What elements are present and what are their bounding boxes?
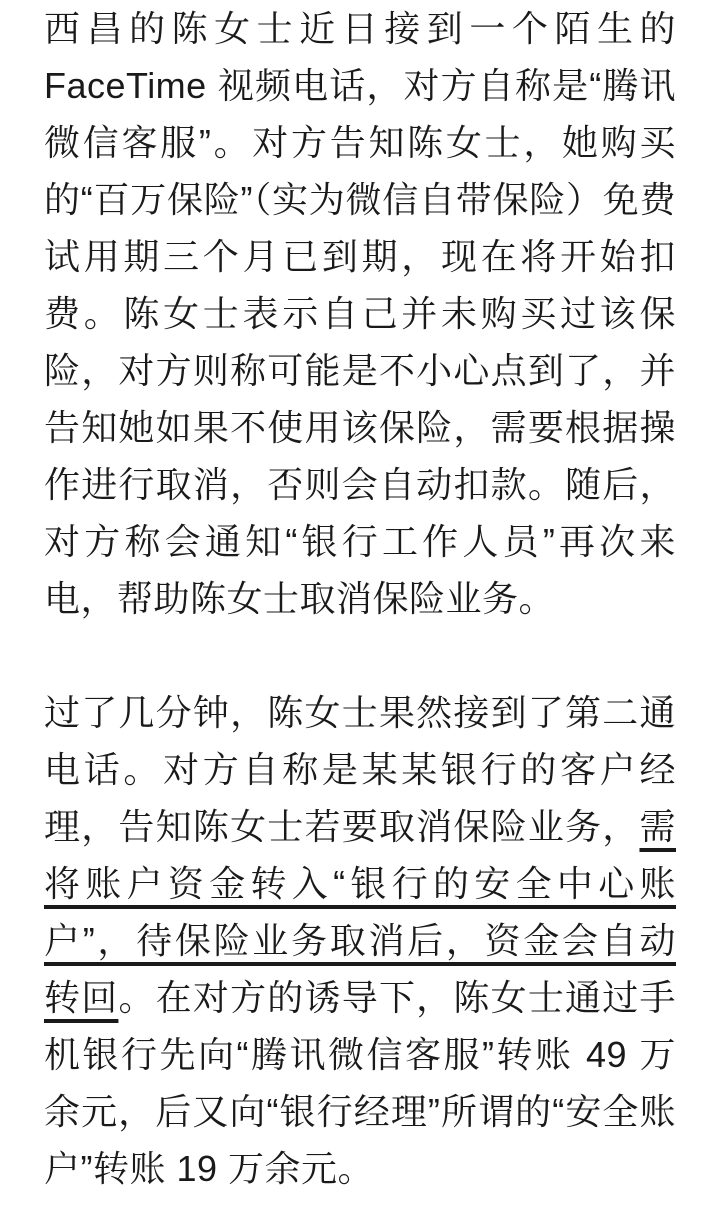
article-body: 西昌的陈女士近日接到一个陌生的 FaceTime 视频电话，对方自称是“腾讯微信… [0, 0, 720, 1197]
paragraph: 过了几分钟，陈女士果然接到了第二通电话。对方自称是某某银行的客户经理，告知陈女士… [44, 684, 676, 1197]
text-segment: 西昌的陈女士近日接到一个陌生的 FaceTime 视频电话，对方自称是“腾讯微信… [44, 8, 676, 619]
text-segment: 。在对方的诱导下，陈女士通过手机银行先向“腾讯微信客服”转账 49 万余元，后又… [44, 977, 676, 1189]
text-segment: 过了几分钟，陈女士果然接到了第二通电话。对方自称是某某银行的客户经理，告知陈女士… [44, 692, 676, 847]
paragraph: 西昌的陈女士近日接到一个陌生的 FaceTime 视频电话，对方自称是“腾讯微信… [44, 0, 676, 627]
